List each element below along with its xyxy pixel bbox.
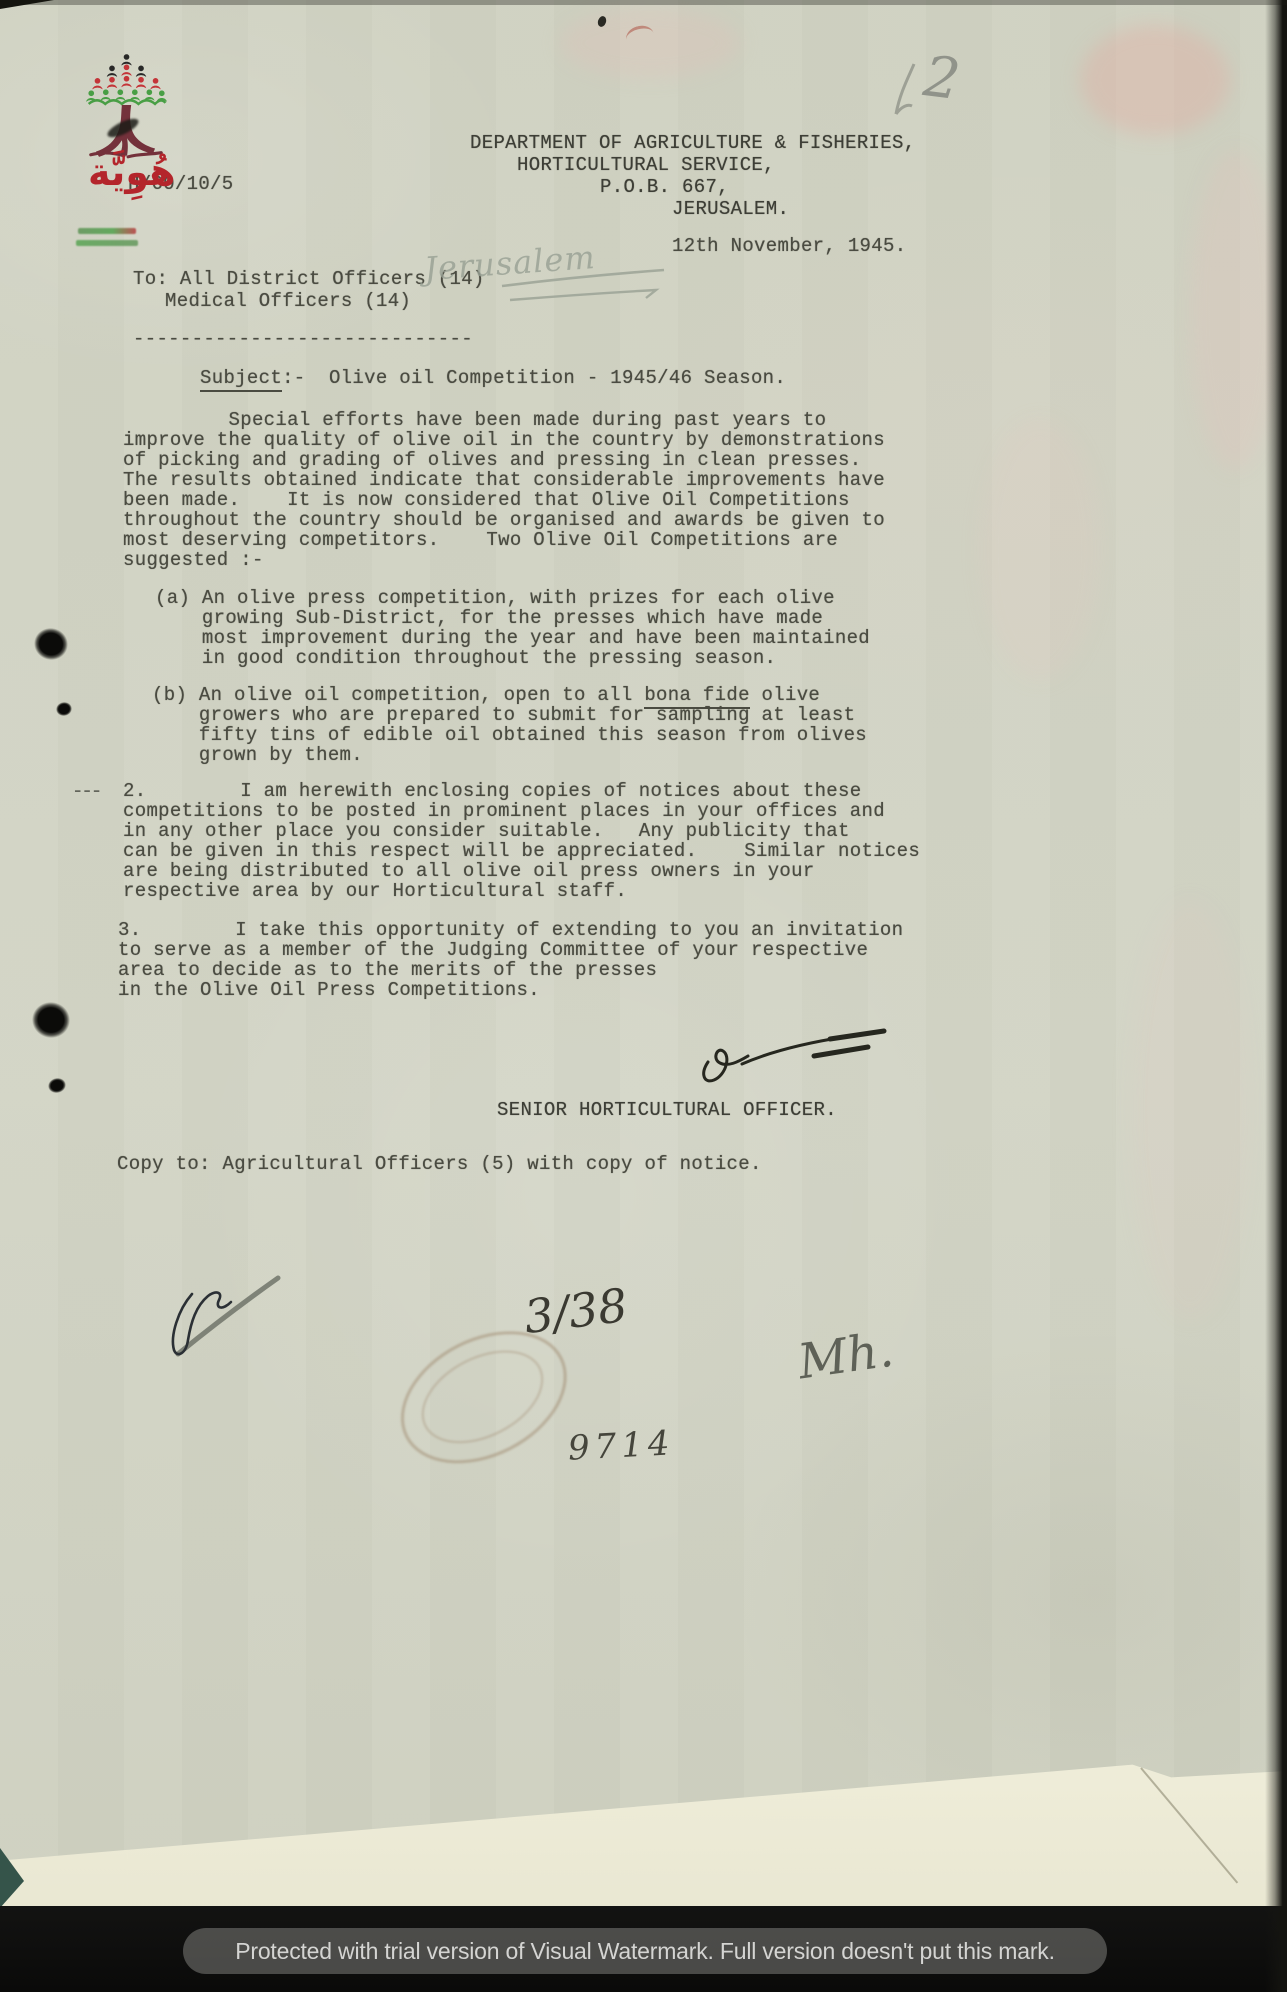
page-number-annotation: 2 [920, 44, 963, 113]
signoff-line: SENIOR HORTICULTURAL OFFICER. [497, 1099, 837, 1121]
logo-tree-icon [86, 54, 167, 157]
scan-artifact [560, 8, 740, 78]
subject-line: Subject:- Olive oil Competition - 1945/4… [200, 368, 786, 388]
letterhead-city: JERUSALEM. [672, 198, 789, 220]
subject-colon: :- [282, 367, 305, 389]
scan-artifact [1080, 25, 1230, 135]
letterhead-service: HORTICULTURAL SERVICE, [517, 154, 775, 176]
paragraph-2: 2. I am herewith enclosing copies of not… [123, 781, 920, 901]
page-right-edge-shadow [1265, 0, 1287, 1992]
paragraph-3: 3. I take this opportunity of extending … [118, 920, 903, 1000]
logo-arabic-title: هُوِيَّة [88, 150, 176, 194]
recipients-line-2: Medical Officers (14) [165, 291, 411, 311]
scan-artifact [1130, 900, 1250, 1320]
watermark-pill: Protected with trial version of Visual W… [183, 1928, 1107, 1974]
item-b: (b) An olive oil competition, open to al… [152, 685, 867, 765]
typed-separator: ----------------------------- [133, 329, 473, 349]
copy-line: Copy to: Agricultural Officers (5) with … [117, 1154, 762, 1174]
signature-scribble [690, 1026, 900, 1092]
subject-text: Olive oil Competition - 1945/46 Season. [306, 367, 787, 389]
logo-small-text [76, 240, 138, 246]
margin-dashes: --- [74, 778, 102, 803]
watermark-text: Protected with trial version of Visual W… [235, 1938, 1055, 1965]
pencil-tick [890, 62, 920, 118]
huwiyya-archive-logo [78, 50, 174, 162]
item-a: (a) An olive press competition, with pri… [155, 588, 870, 668]
letterhead-department: DEPARTMENT OF AGRICULTURE & FISHERIES, [470, 132, 915, 154]
page-top-edge-shadow [0, 0, 1287, 5]
initials-scribble [158, 1266, 288, 1364]
scan-artifact [980, 420, 1100, 680]
jerusalem-underline-strokes [420, 240, 670, 310]
paragraph-1: Special efforts have been made during pa… [123, 410, 885, 570]
letterhead-pob: P.O.B. 667, [600, 176, 729, 198]
serial-number-annotation: 9714 [567, 1423, 675, 1469]
scanned-letter-page: هُوِيَّة H/60/10/5 DEPARTMENT OF AGRICUL… [0, 0, 1287, 1992]
item-b-before: (b) An olive oil competition, open to al… [152, 684, 644, 706]
subject-label: Subject [200, 367, 282, 392]
logo-small-text [78, 228, 136, 234]
date-line: 12th November, 1945. [672, 236, 906, 256]
